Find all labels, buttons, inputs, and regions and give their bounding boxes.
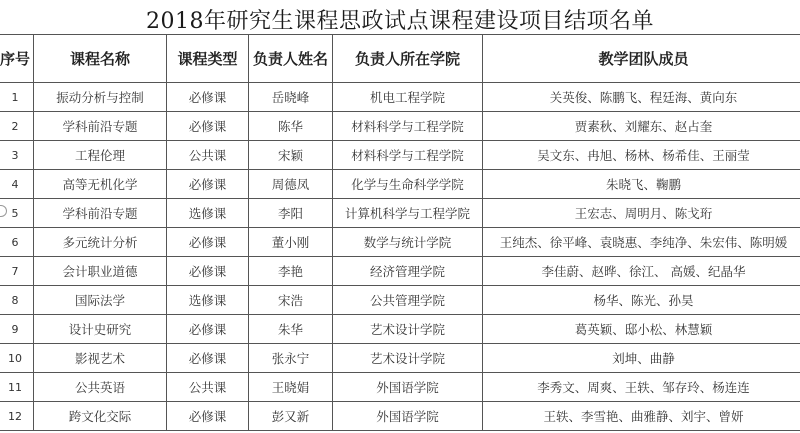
cell-type: 必修课 (167, 402, 249, 431)
cell-type: 必修课 (167, 170, 249, 199)
table-row: 9设计史研究必修课朱华艺术设计学院葛英颖、邸小松、林慧颖 (0, 315, 800, 344)
cell-leader: 陈华 (249, 112, 333, 141)
cell-no: 10 (0, 344, 34, 373)
cell-course: 高等无机化学 (34, 170, 167, 199)
cell-team: 李佳蔚、赵晔、徐江、 高媛、纪晶华 (483, 257, 800, 286)
table-row: 3工程伦理公共课宋颖材料科学与工程学院吴文东、冉旭、杨林、杨希佳、王丽莹 (0, 141, 800, 170)
cell-no: 9 (0, 315, 34, 344)
cell-leader: 朱华 (249, 315, 333, 344)
cell-team: 刘坤、曲静 (483, 344, 800, 373)
cell-course: 学科前沿专题 (34, 199, 167, 228)
cell-college: 外国语学院 (333, 402, 483, 431)
cell-no: 7 (0, 257, 34, 286)
cell-leader: 岳晓峰 (249, 83, 333, 112)
cell-type: 选修课 (167, 199, 249, 228)
cell-course: 国际法学 (34, 286, 167, 315)
cell-course: 设计史研究 (34, 315, 167, 344)
cell-course: 会计职业道德 (34, 257, 167, 286)
table-row: 7会计职业道德必修课李艳经济管理学院李佳蔚、赵晔、徐江、 高媛、纪晶华 (0, 257, 800, 286)
cell-course: 影视艺术 (34, 344, 167, 373)
cell-leader: 李阳 (249, 199, 333, 228)
cell-college: 材料科学与工程学院 (333, 112, 483, 141)
cell-team: 王纯杰、徐平峰、袁晓惠、李纯净、朱宏伟、陈明媛 (483, 228, 800, 257)
cell-team: 贾素秋、刘耀东、赵占奎 (483, 112, 800, 141)
header-type: 课程类型 (167, 35, 249, 83)
project-list-table: 序号 课程名称 课程类型 负责人姓名 负责人所在学院 教学团队成员 1振动分析与… (0, 34, 800, 431)
cell-no: 4 (0, 170, 34, 199)
cell-course: 跨文化交际 (34, 402, 167, 431)
cell-team: 杨华、陈光、孙昊 (483, 286, 800, 315)
cell-team: 葛英颖、邸小松、林慧颖 (483, 315, 800, 344)
cell-type: 必修课 (167, 257, 249, 286)
cell-college: 公共管理学院 (333, 286, 483, 315)
cell-type: 必修课 (167, 344, 249, 373)
table-row: 6多元统计分析必修课董小刚数学与统计学院王纯杰、徐平峰、袁晓惠、李纯净、朱宏伟、… (0, 228, 800, 257)
cell-no: 8 (0, 286, 34, 315)
table-row: 12跨文化交际必修课彭又新外国语学院王轶、李雪艳、曲雅静、刘宇、曾妍 (0, 402, 800, 431)
table-row: 11公共英语公共课王晓娟外国语学院李秀文、周爽、王轶、邹存玲、杨连连 (0, 373, 800, 402)
cell-no: 5 (0, 199, 34, 228)
cell-course: 振动分析与控制 (34, 83, 167, 112)
cell-leader: 彭又新 (249, 402, 333, 431)
cell-team: 关英俊、陈鹏飞、程廷海、黄向东 (483, 83, 800, 112)
cell-leader: 张永宁 (249, 344, 333, 373)
cell-college: 机电工程学院 (333, 83, 483, 112)
table-row: 10影视艺术必修课张永宁艺术设计学院刘坤、曲静 (0, 344, 800, 373)
table-row: 4高等无机化学必修课周德凤化学与生命科学学院朱晓飞、鞠鹏 (0, 170, 800, 199)
cell-type: 必修课 (167, 315, 249, 344)
header-leader: 负责人姓名 (249, 35, 333, 83)
cell-college: 外国语学院 (333, 373, 483, 402)
header-course: 课程名称 (34, 35, 167, 83)
header-college: 负责人所在学院 (333, 35, 483, 83)
cell-no: 3 (0, 141, 34, 170)
table-row: 2学科前沿专题必修课陈华材料科学与工程学院贾素秋、刘耀东、赵占奎 (0, 112, 800, 141)
cell-no: 1 (0, 83, 34, 112)
cell-leader: 周德凤 (249, 170, 333, 199)
cell-college: 经济管理学院 (333, 257, 483, 286)
cell-type: 公共课 (167, 141, 249, 170)
cell-course: 公共英语 (34, 373, 167, 402)
cell-type: 必修课 (167, 228, 249, 257)
cell-college: 计算机科学与工程学院 (333, 199, 483, 228)
table-row: 5学科前沿专题选修课李阳计算机科学与工程学院王宏志、周明月、陈戈珩 (0, 199, 800, 228)
cell-college: 材料科学与工程学院 (333, 141, 483, 170)
cell-team: 李秀文、周爽、王轶、邹存玲、杨连连 (483, 373, 800, 402)
cell-leader: 王晓娟 (249, 373, 333, 402)
cell-leader: 董小刚 (249, 228, 333, 257)
cell-no: 6 (0, 228, 34, 257)
cell-team: 吴文东、冉旭、杨林、杨希佳、王丽莹 (483, 141, 800, 170)
cell-course: 工程伦理 (34, 141, 167, 170)
cell-no: 11 (0, 373, 34, 402)
cell-course: 多元统计分析 (34, 228, 167, 257)
cell-leader: 李艳 (249, 257, 333, 286)
table-header-row: 序号 课程名称 课程类型 负责人姓名 负责人所在学院 教学团队成员 (0, 35, 800, 83)
cell-team: 王宏志、周明月、陈戈珩 (483, 199, 800, 228)
header-no: 序号 (0, 35, 34, 83)
cell-no: 2 (0, 112, 34, 141)
cell-college: 艺术设计学院 (333, 344, 483, 373)
page-title: 2018年研究生课程思政试点课程建设项目结项名单 (0, 4, 800, 35)
cell-leader: 宋浩 (249, 286, 333, 315)
cell-college: 艺术设计学院 (333, 315, 483, 344)
table-row: 1振动分析与控制必修课岳晓峰机电工程学院关英俊、陈鹏飞、程廷海、黄向东 (0, 83, 800, 112)
cell-college: 数学与统计学院 (333, 228, 483, 257)
cell-type: 必修课 (167, 112, 249, 141)
cell-team: 朱晓飞、鞠鹏 (483, 170, 800, 199)
cell-team: 王轶、李雪艳、曲雅静、刘宇、曾妍 (483, 402, 800, 431)
header-team: 教学团队成员 (483, 35, 800, 83)
cell-course: 学科前沿专题 (34, 112, 167, 141)
cell-type: 选修课 (167, 286, 249, 315)
cell-leader: 宋颖 (249, 141, 333, 170)
cell-type: 必修课 (167, 83, 249, 112)
table-row: 8国际法学选修课宋浩公共管理学院杨华、陈光、孙昊 (0, 286, 800, 315)
cell-no: 12 (0, 402, 34, 431)
cell-type: 公共课 (167, 373, 249, 402)
cell-college: 化学与生命科学学院 (333, 170, 483, 199)
